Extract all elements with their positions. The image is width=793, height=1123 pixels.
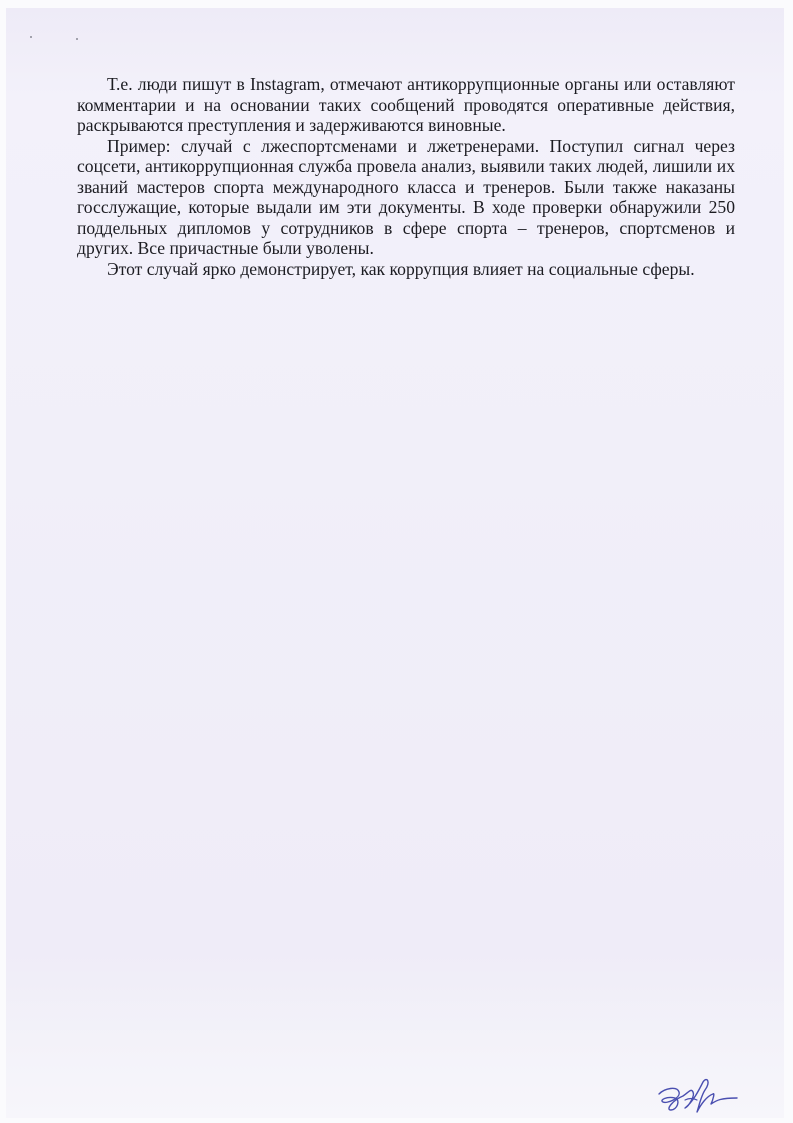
scan-speck (30, 36, 32, 38)
paragraph-fake-athletes-example: Пример: случай с лжеспортсменами и лжетр… (77, 136, 735, 259)
paragraph-instagram-reports: Т.е. люди пишут в Instagram, отмечают ан… (77, 74, 735, 136)
signature-icon (655, 1076, 740, 1116)
scan-speck (76, 38, 78, 40)
document-body: Т.е. люди пишут в Instagram, отмечают ан… (77, 74, 735, 279)
paragraph-conclusion: Этот случай ярко демонстрирует, как корр… (77, 259, 735, 280)
